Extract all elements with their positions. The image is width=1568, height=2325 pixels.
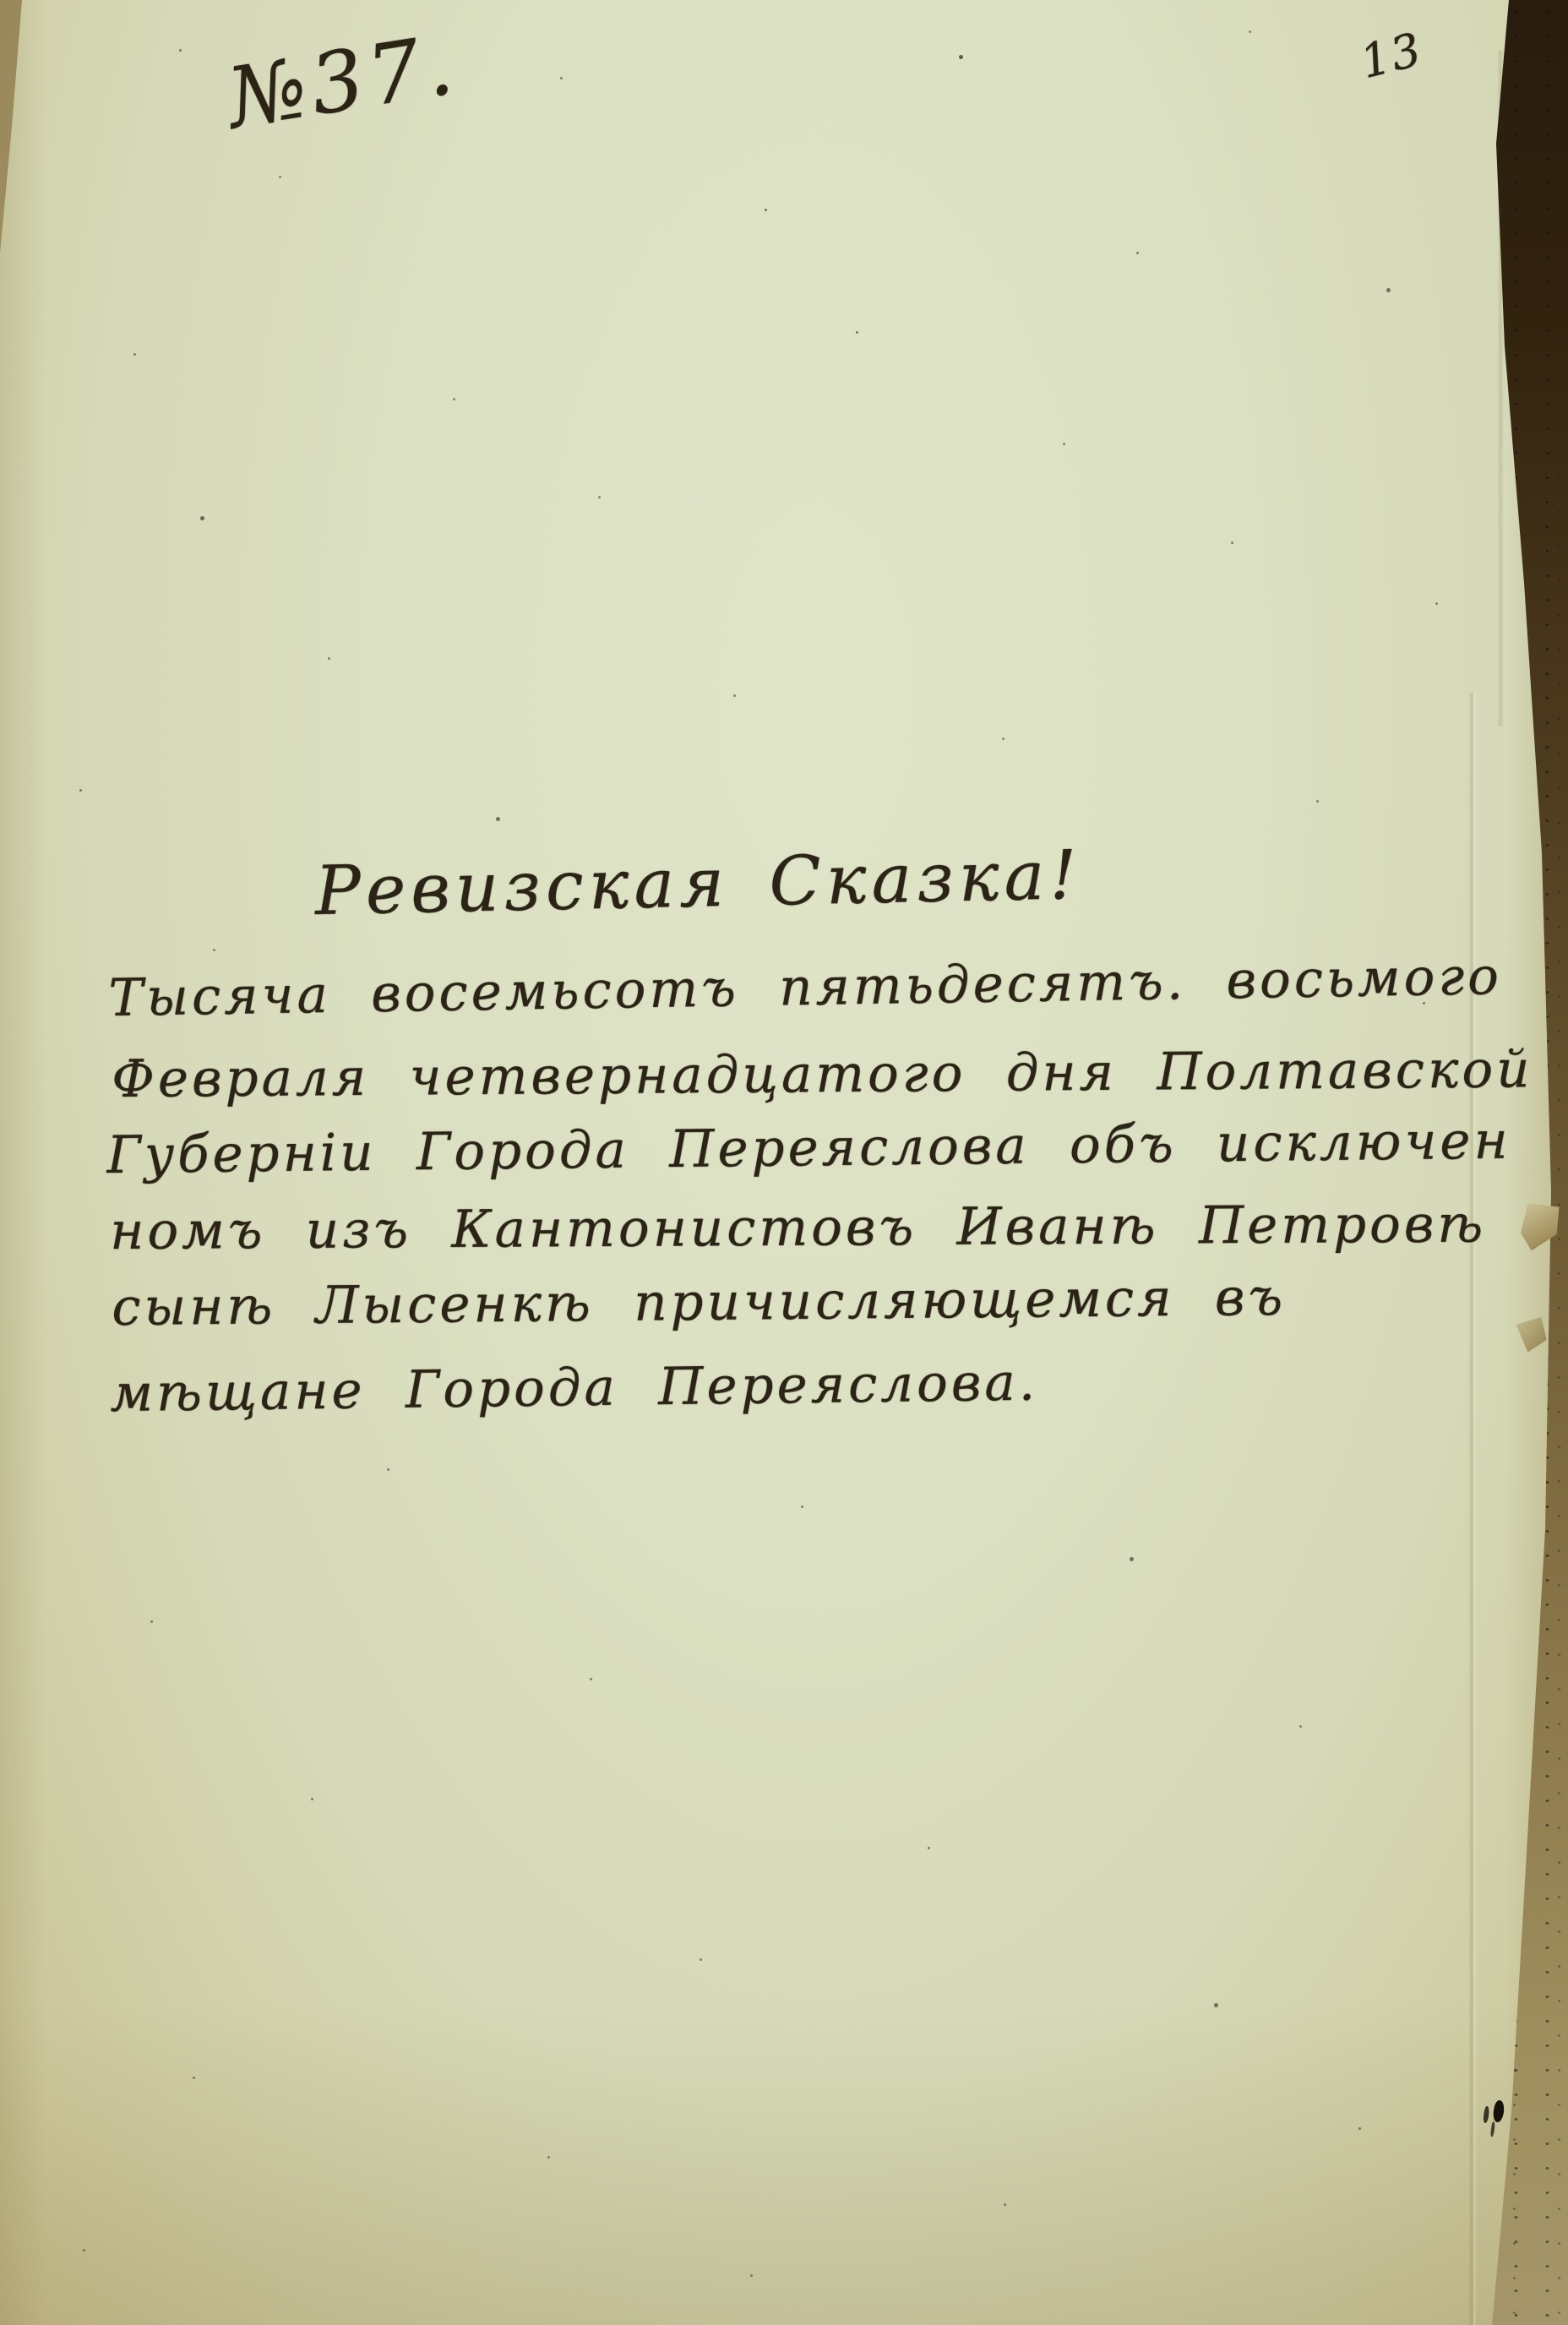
body-line-5: сынѣ Лысенкѣ причисляющемся въ — [112, 1267, 1286, 1337]
document-number: №37. — [221, 16, 464, 147]
document-title: Ревизская Сказка! — [314, 836, 1082, 930]
body-line-4: номъ изъ Кантонистовъ Иванѣ Петровѣ — [110, 1194, 1486, 1261]
page-number: 13 — [1355, 22, 1428, 89]
body-line-1: Тысяча восемьсотъ пятьдесятъ. восьмого г… — [108, 944, 1568, 1028]
paper-sheet: №37. 13 Ревизская Сказка! Тысяча восемьс… — [0, 0, 1568, 2325]
scanned-document-photo: №37. 13 Ревизская Сказка! Тысяча восемьс… — [0, 0, 1568, 2325]
body-line-6: мѣщане Города Переяслова. — [110, 1353, 1038, 1424]
body-line-3: Губерніи Города Переяслова объ исключен — [106, 1111, 1511, 1185]
ink-blot — [1492, 2099, 1505, 2122]
body-line-2: Февраля четвернадцатого дня Полтавской — [112, 1039, 1533, 1109]
paper-fold-crease — [1468, 693, 1477, 2325]
